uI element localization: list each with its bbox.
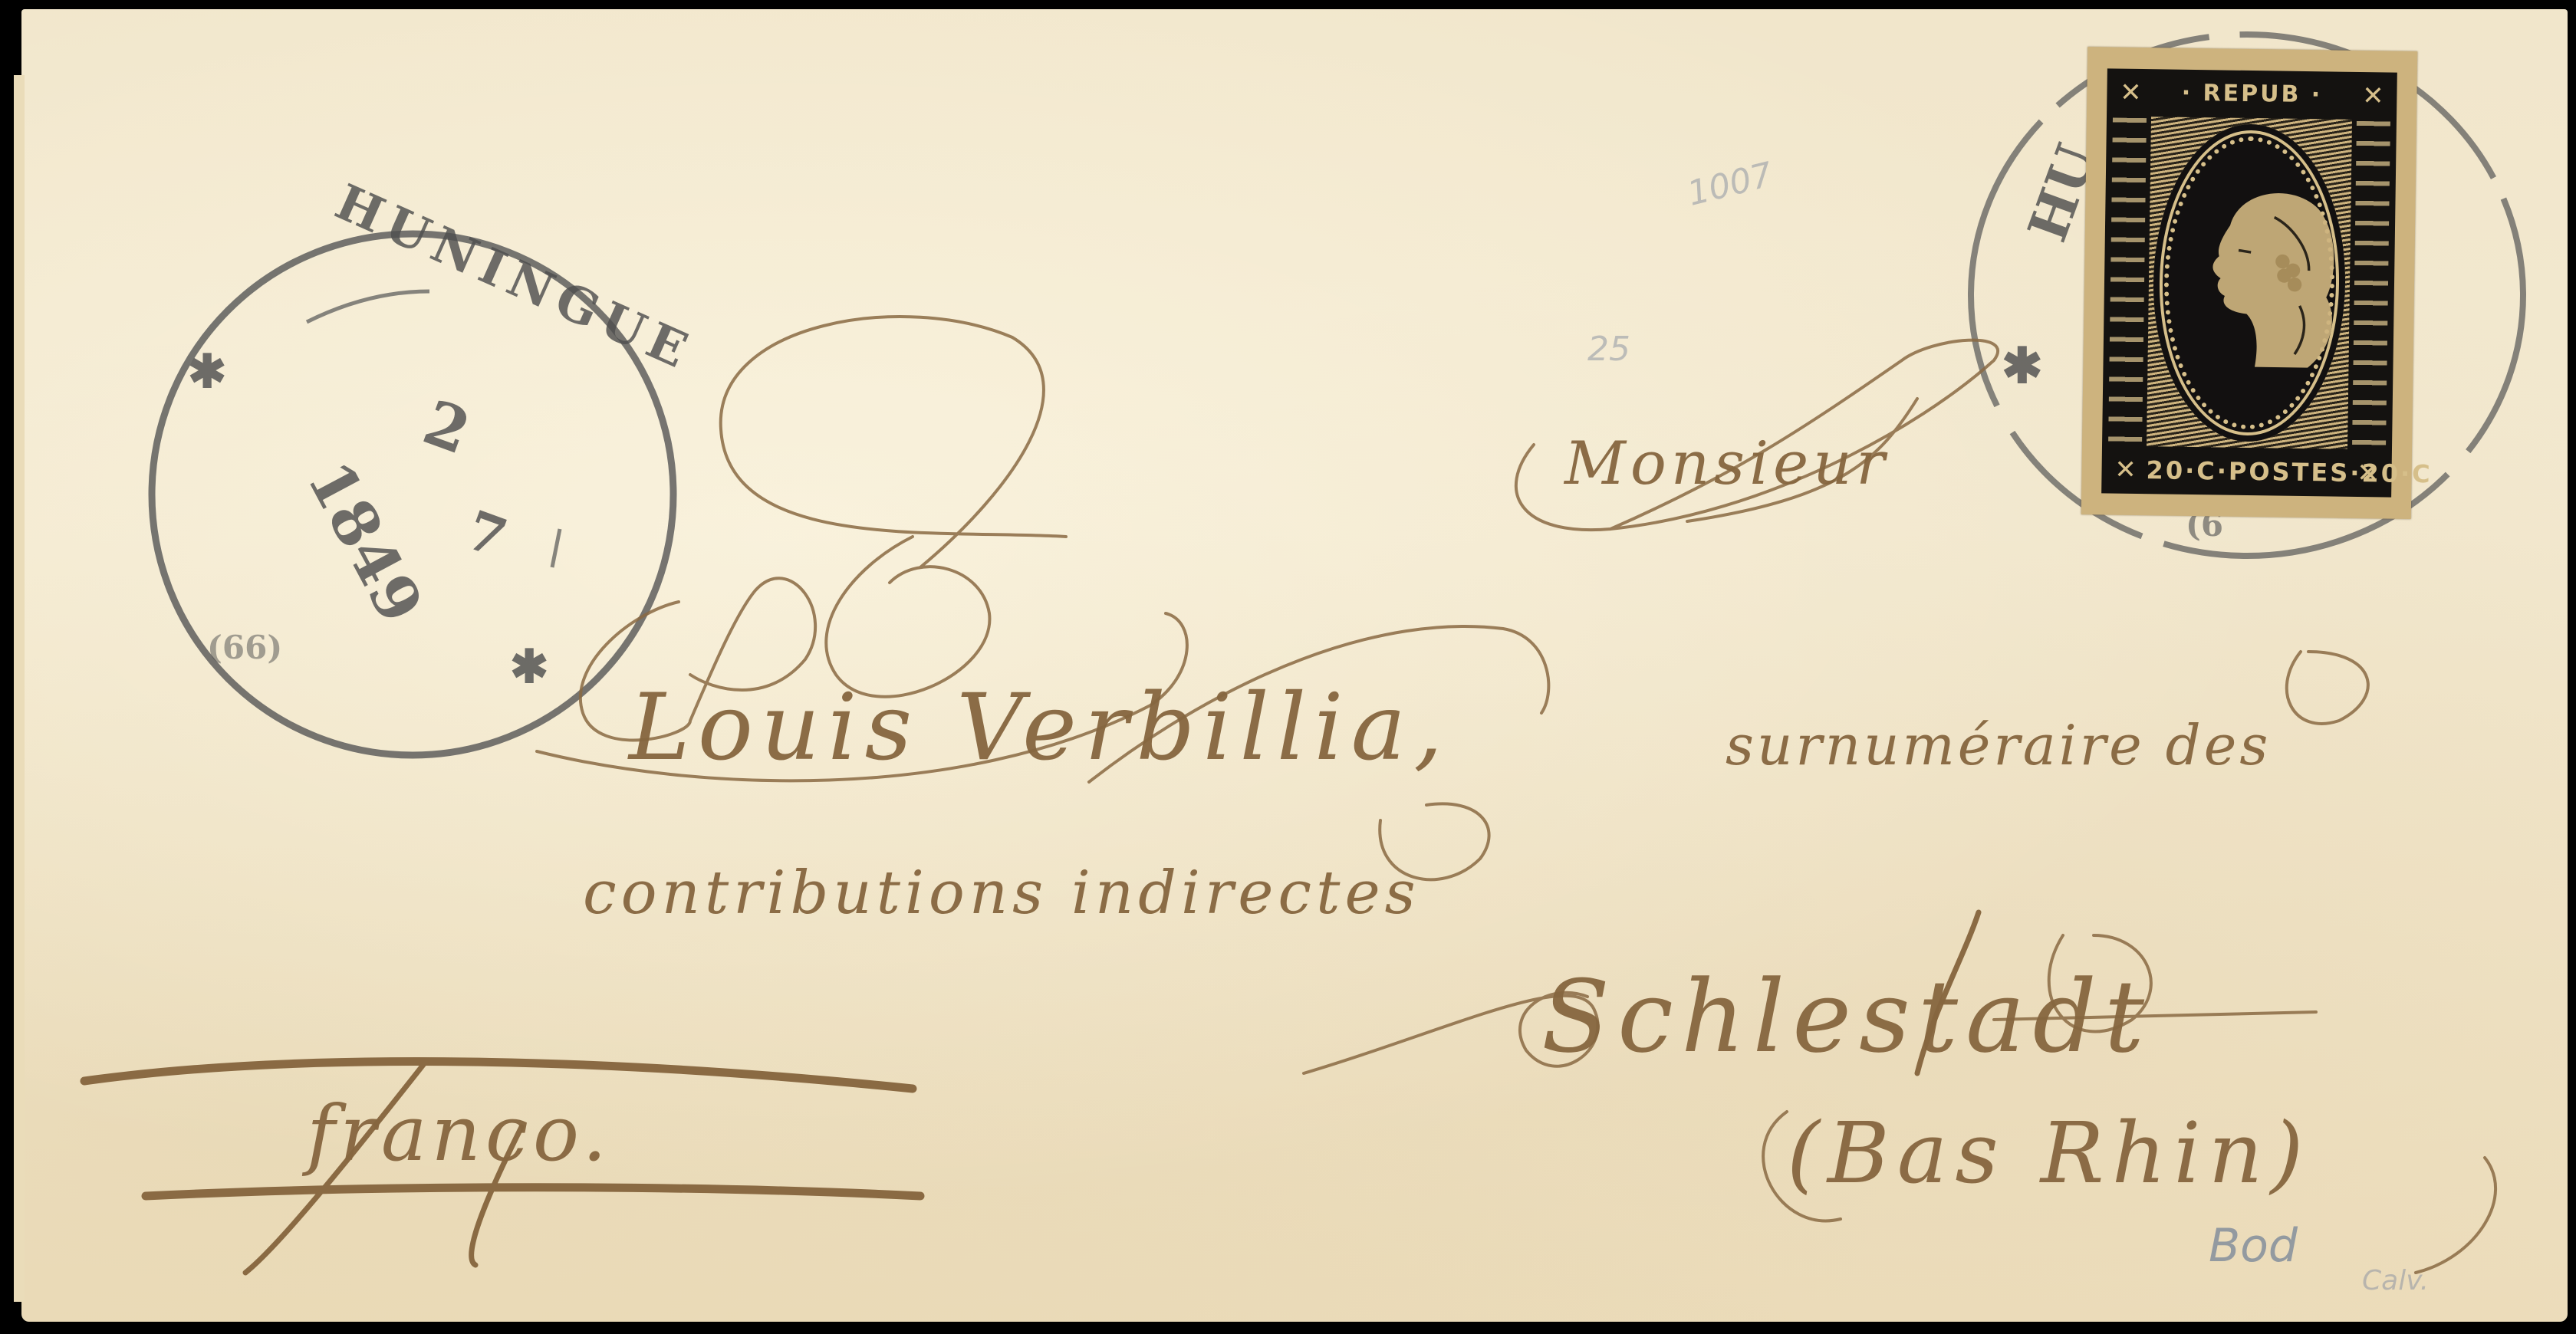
destination-region: (Bas Rhin): [1787, 1104, 2311, 1202]
postmark-left-ornament-2: ✱: [510, 640, 548, 694]
corner-ornament-icon: ✕: [2107, 452, 2143, 488]
postmark-left-ornament: ✱: [188, 345, 226, 399]
greek-fret-right: [2352, 121, 2390, 449]
stamp-bottom-inscription: 20·C·POSTES·20·C: [2146, 451, 2347, 492]
addressee-name: Louis Verbillia,: [629, 675, 1450, 781]
stamp-top-inscription: · REPUB · FRANC ·: [2151, 74, 2353, 115]
addressee-title-line2: contributions indirectes: [583, 859, 1420, 928]
corner-ornament-icon: ✕: [2355, 78, 2391, 114]
pencil-note-bottom-right: Calv.: [2362, 1265, 2429, 1296]
ceres-stamp: ✕ ✕ ✕ ✕ · REPUB · FRANC · 20·C·POSTES·20…: [2081, 47, 2417, 519]
franco-annotation: franco.: [307, 1089, 611, 1178]
ceres-head-icon: [2175, 154, 2354, 386]
ceres-medallion: [2151, 123, 2347, 442]
stamp-engraved-field: [2147, 117, 2352, 449]
destination-city: Schlestadt: [1541, 958, 2152, 1075]
stamp-frame: ✕ ✕ ✕ ✕ · REPUB · FRANC · 20·C·POSTES·20…: [2101, 68, 2397, 497]
salutation: Monsieur: [1564, 429, 1890, 498]
pencil-note-middle: 25: [1587, 330, 1630, 369]
addressee-title-line1: surnuméraire des: [1726, 713, 2271, 777]
postmark-left-dept: (66): [207, 629, 282, 666]
postmark-right-ornament: ✱: [2002, 337, 2043, 395]
corner-ornament-icon: ✕: [2113, 74, 2149, 110]
pencil-note-bottom-blue: Bod: [2209, 1219, 2298, 1273]
greek-fret-left: [2108, 117, 2147, 445]
